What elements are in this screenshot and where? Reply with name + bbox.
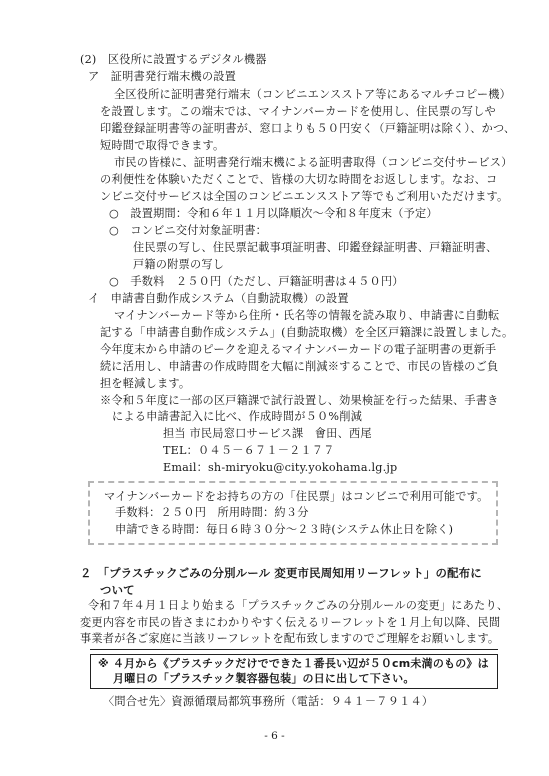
- warning-line: ※ ４月から《プラスチックだけでできた１番長い辺が５０cm未満のもの》は: [98, 657, 489, 671]
- bullet-subitem: 戸籍の附票の写し: [133, 258, 224, 272]
- bullet-subitem: 住民票の写し、住民票記載事項証明書、印鑑登録証明書、戸籍証明書、: [133, 241, 497, 255]
- contact-tel: TEL：０４５－６７１－２１７７: [163, 444, 335, 458]
- paragraph-line: 事業者が各ご家庭に当該リーフレットを配布致しますのでご理解をお願いします。: [80, 632, 499, 646]
- paragraph-line: 変更内容を市民の皆さまにわかりやすく伝えるリーフレットを１月上旬以降、民間: [80, 616, 500, 630]
- paragraph-line: 担を軽減します。: [100, 377, 190, 391]
- paragraph-line: 短時間で取得できます。: [100, 139, 224, 153]
- footnote: による申請書記入に比べ、作成時間が５０%削減: [112, 410, 362, 424]
- inquiry-contact: 〈問合せ先〉資源循環局都筑事務所（電話：９４１－７９１４）: [103, 695, 433, 709]
- item-a-heading: ア 証明書発行端末機の設置: [88, 70, 236, 84]
- warning-line: 月曜日の「プラスチック製容器包装」の日に出して下さい。: [113, 672, 415, 686]
- item-i-heading: イ 申請書自動作成システム（自動読取機）の設置: [88, 292, 349, 306]
- bullet-item: ○ 手数料 ２５０円（ただし、戸籍証明書は４５０円）: [109, 275, 404, 289]
- section-heading-cont: ついて: [100, 583, 135, 597]
- paragraph-line: マイナンバーカード等から住所・氏名等の情報を読み取り、申請書に自動転: [114, 309, 499, 323]
- paragraph-line: 令和７年４月１日より始まる「プラスチックごみの分別ルールの変更」にあたり、: [88, 599, 508, 613]
- bullet-item: ○ 設置期間：令和６年１１月以降順次～令和８年度末（予定）: [109, 207, 438, 221]
- bullet-item: ○ コンビニ交付対象証明書：: [109, 224, 267, 238]
- paragraph-line: 今年度末から申請のピークを迎えるマイナンバーカードの電子証明書の更新手: [100, 343, 496, 357]
- paragraph-line: を設置します。この端末では、マイナンバーカードを使用し、住民票の写しや: [100, 105, 496, 119]
- notice-line: 申請できる時間：毎日６時３０分～２３時(システム休止日を除く): [115, 523, 453, 537]
- contact-person: 担当 市民局窓口サービス課 會田、西尾: [163, 427, 372, 441]
- page-number: - 6 -: [0, 730, 549, 742]
- divider: [90, 649, 498, 650]
- paragraph-line: 全区役所に証明書発行端末（コンビニエンスストア等にあるマルチコピー機）: [114, 88, 511, 102]
- paragraph-line: 印鑑登録証明書等の証明書が、窓口よりも５０円安く（戸籍証明は除く）、かつ、: [100, 122, 515, 136]
- footnote: ※令和５年度に一部の区戸籍課で試行設置し、効果検証を行った結果、手書き: [100, 394, 499, 408]
- subsection-heading: (2) 区役所に設置するデジタル機器: [80, 53, 267, 67]
- notice-line: マイナンバーカードをお持ちの方の「住民票」はコンビニで利用可能です。: [104, 490, 489, 504]
- paragraph-line: の利便性を体験いただくことで、皆様の大切な時間をお返しします。なお、コ: [100, 173, 497, 187]
- paragraph-line: 続に活用し、申請書の作成時間を大幅に削減※することで、市民の皆様のご負: [100, 360, 498, 374]
- notice-line: 手数料：２５０円 所用時間：約３分: [115, 506, 309, 520]
- paragraph-line: 市民の皆様に、証明書発行端末機による証明書取得（コンビニ交付サービス）: [114, 156, 513, 170]
- contact-email[interactable]: Email：sh-miryoku@city.yokohama.lg.jp: [163, 461, 397, 475]
- section-heading: ２ 「プラスチックごみの分別ルール 変更市民周知用リーフレット」の配布に: [80, 566, 482, 580]
- paragraph-line: 記する「申請書自動作成システム」(自動読取機）を全区戸籍課に設置しました。: [100, 326, 513, 340]
- paragraph-line: ンビニ交付サービスは全国のコンビニエンスストア等でもご利用いただけます。: [100, 190, 508, 204]
